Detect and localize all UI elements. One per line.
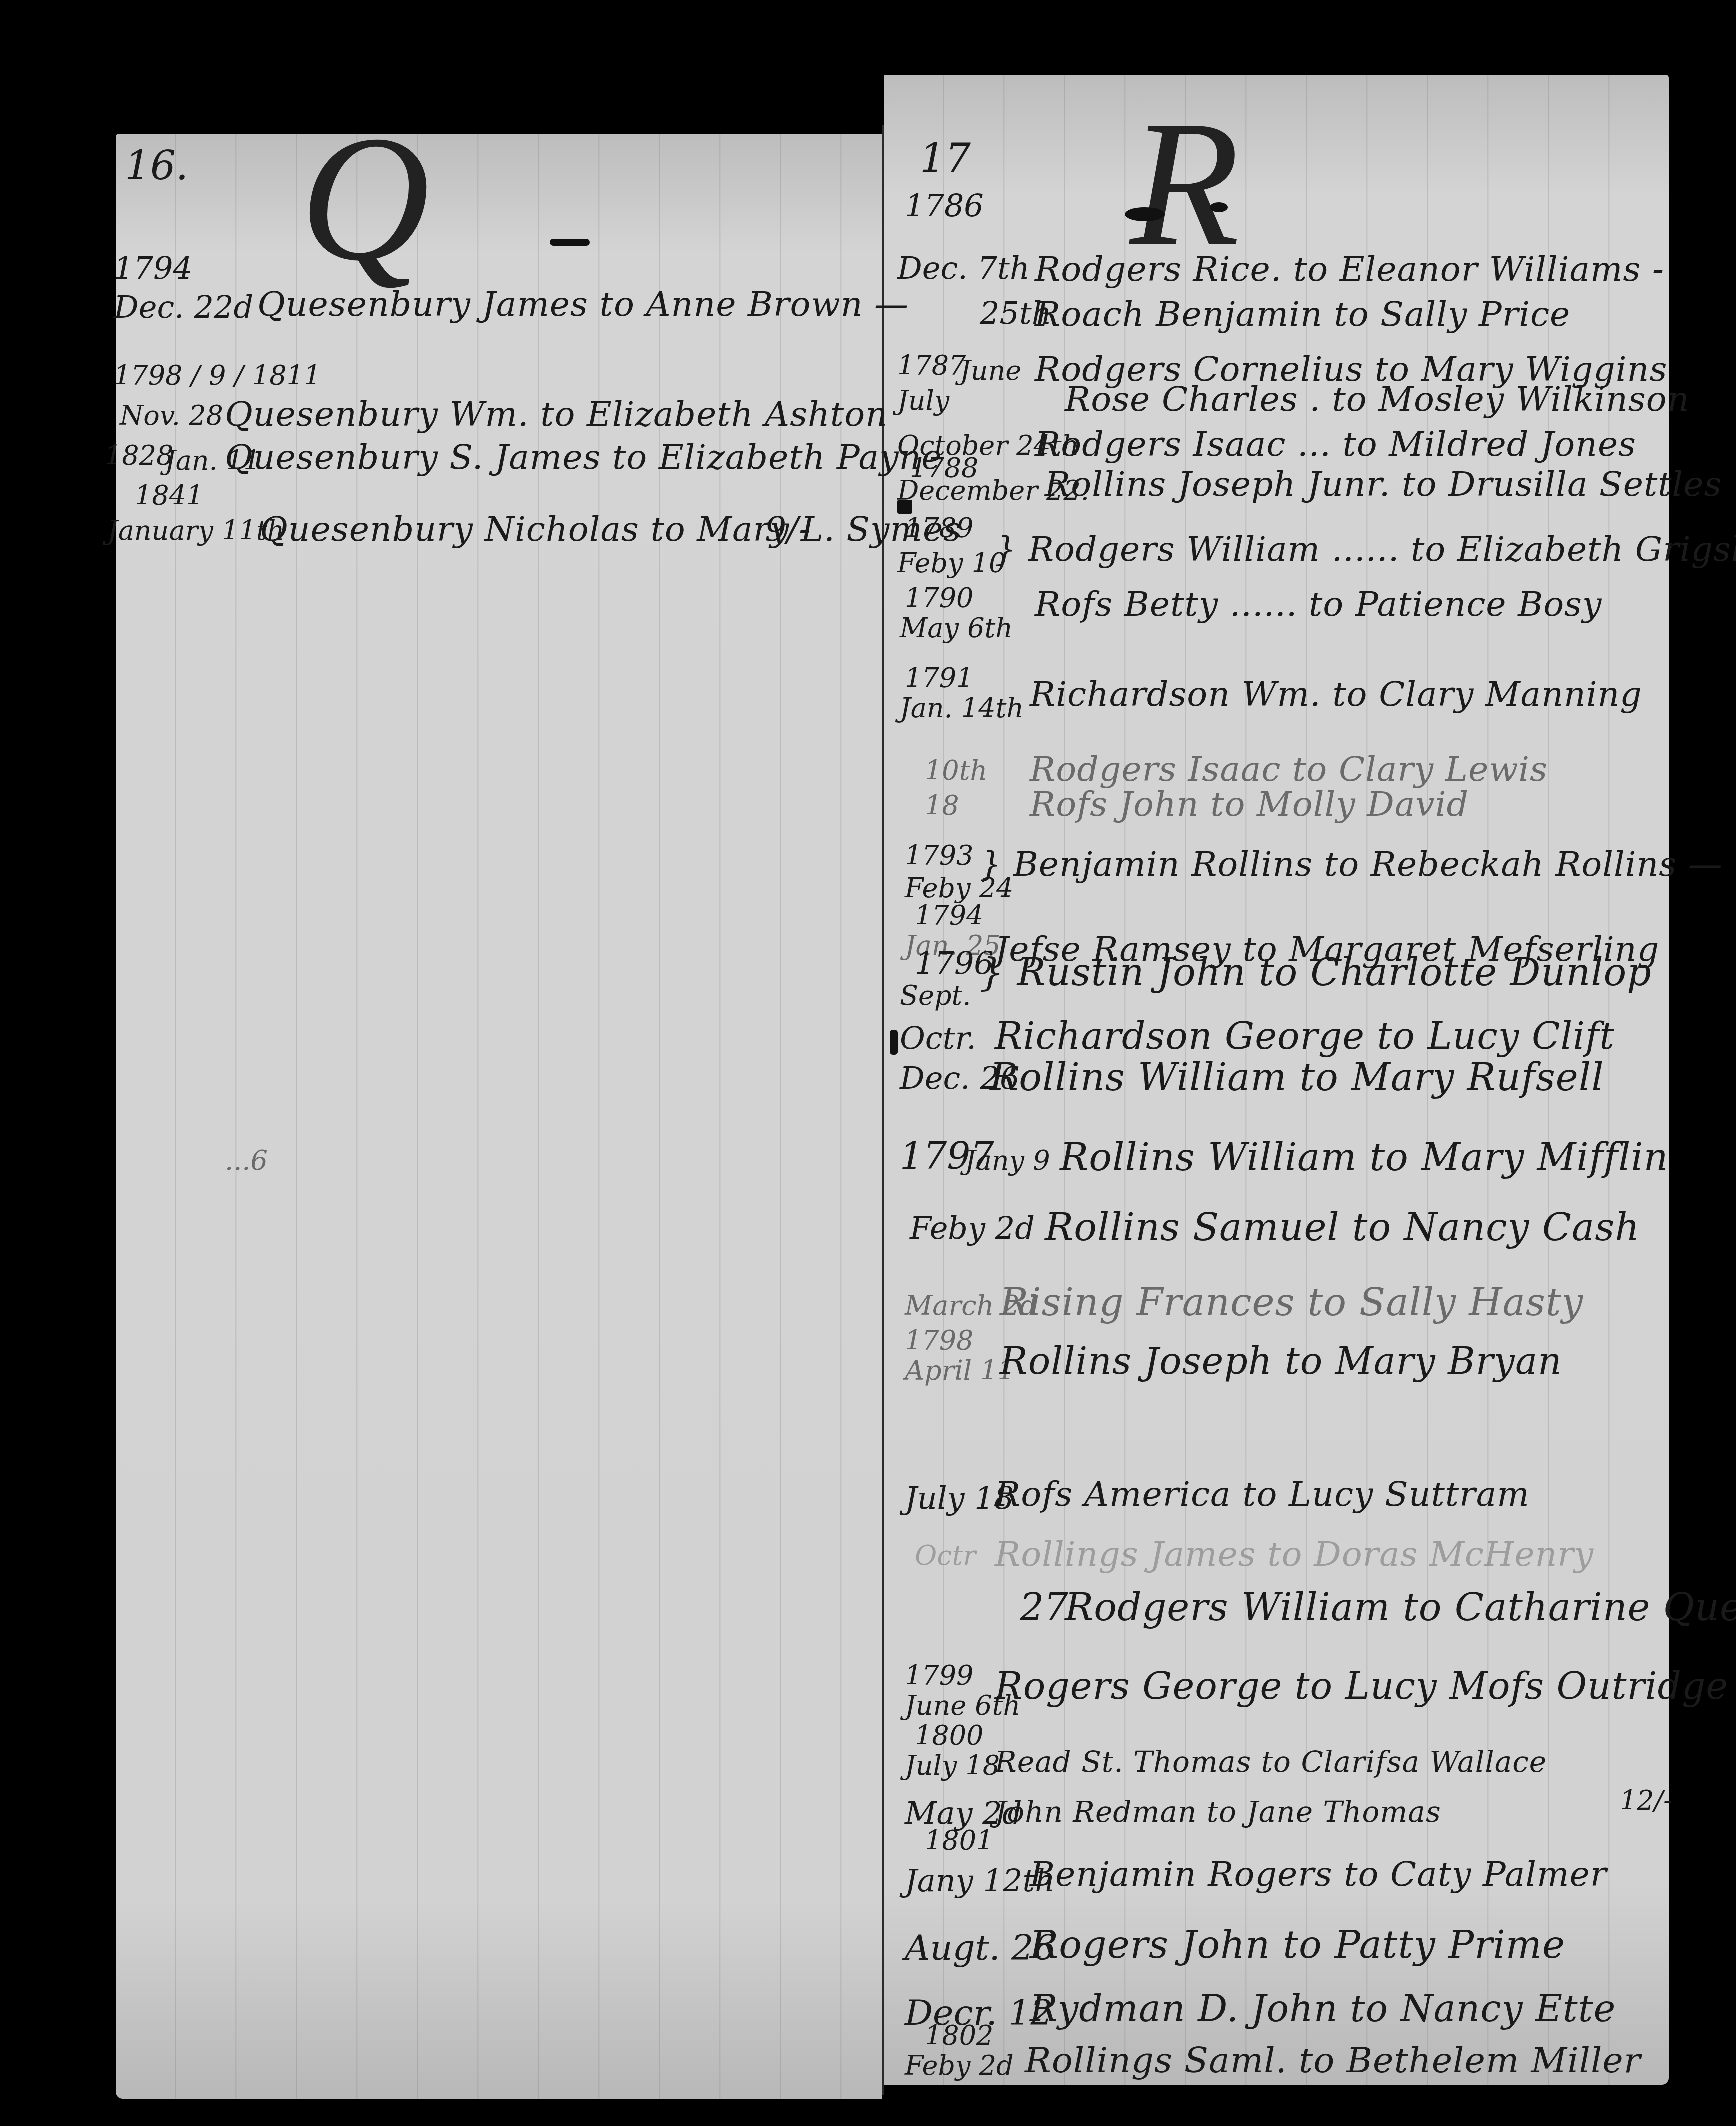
entry-text: Rollins Joseph Junr. to Drusilla Settles	[1045, 465, 1722, 504]
entry-text: Rofs Betty ...... to Patience Bosy	[1035, 585, 1602, 624]
entry-date: 10th	[925, 755, 987, 786]
entry-year: 1798	[905, 1325, 973, 1356]
entry-text: Rodgers William to Catharine Quesenbury	[1065, 1585, 1736, 1629]
entry-text: Read St. Thomas to Clarifsa Wallace	[995, 1745, 1547, 1779]
entry-text: Benjamin Rogers to Caty Palmer	[1030, 1855, 1607, 1894]
entry-text: Rollins Joseph to Mary Bryan	[1000, 1340, 1562, 1383]
entry-text: Rodgers Isaac ... to Mildred Jones	[1035, 425, 1636, 464]
entry-date: Octr	[915, 1540, 976, 1571]
entry-date: July	[897, 385, 949, 416]
entry-year: 1800	[915, 1720, 983, 1751]
entry-text: Rollings James to Doras McHenry	[995, 1535, 1594, 1574]
entry-text: Rofs John to Molly David	[1030, 785, 1469, 824]
entry-year: 1802	[925, 2020, 993, 2051]
right-page-number: 17	[920, 135, 971, 181]
ink-blot	[1125, 207, 1165, 221]
entry-text: Rogers George to Lucy Mofs Outridge	[995, 1665, 1728, 1708]
entry-date: January 11th	[107, 515, 284, 546]
entry-date: Jan. 14th	[900, 692, 1024, 724]
entry-text: Rogers John to Patty Prime	[1030, 1922, 1565, 1967]
entry-date: Dec. 7th	[897, 250, 1030, 286]
entry-text: Rofs America to Lucy Suttram	[995, 1475, 1530, 1514]
left-page-number: 16.	[125, 142, 188, 189]
entry-text: Rydman D. John to Nancy Ette	[1030, 1987, 1616, 2030]
entry-year: 1828	[105, 440, 173, 471]
entry-text: John Redman to Jane Thomas	[995, 1795, 1441, 1829]
entry-text: Richardson George to Lucy Clift	[995, 1015, 1615, 1058]
entry-text: Quesenbury Nicholas to Mary L. Symes	[260, 510, 961, 549]
entry-text: Rodgers Rice. to Eleanor Williams -	[1035, 250, 1664, 289]
entry-text: Rollins Samuel to Nancy Cash	[1045, 1205, 1640, 1249]
entry-date: May 6th	[900, 612, 1013, 644]
entry-text: Rose Charles . to Mosley Wilkinson	[1065, 380, 1689, 419]
entry-year: 1787	[897, 350, 966, 381]
entry-text: Quesenbury S. James to Elizabeth Payne	[225, 438, 942, 477]
entry-text: Rising Frances to Sally Hasty	[1000, 1280, 1583, 1324]
ink-blot	[1210, 202, 1228, 212]
ink-blot	[550, 239, 590, 246]
right-top-year: 1786	[905, 187, 984, 224]
entry-year: 1789	[905, 512, 973, 544]
entry-date: Sept.	[900, 980, 971, 1011]
entry-date: Dec. 22d	[114, 289, 253, 325]
entry-text: Rodgers Isaac to Clary Lewis	[1030, 750, 1548, 789]
entry-date: June	[960, 355, 1021, 386]
entry-date: Nov. 28	[120, 400, 223, 431]
fee-note: 9/-	[765, 510, 811, 549]
margin-note: 12/-	[1620, 1785, 1672, 1816]
entry-text: Quesenbury James to Anne Brown —	[257, 285, 909, 324]
entry-year: 1798 / 9 / 1811	[114, 360, 321, 391]
entry-date: 27	[1020, 1585, 1068, 1629]
entry-year: 1791	[905, 662, 973, 694]
left-index-letter: Q	[300, 95, 430, 302]
entry-text: } Benjamin Rollins to Rebeckah Rollins —	[980, 845, 1723, 884]
entry-text: Roach Benjamin to Sally Price	[1035, 295, 1570, 334]
ink-blot	[890, 1030, 898, 1055]
entry-date: Octr.	[900, 1020, 976, 1056]
entry-text: Richardson Wm. to Clary Manning	[1030, 675, 1642, 714]
entry-text: } Rustin John to Charlotte Dunlop	[980, 950, 1652, 994]
entry-date: July 18	[905, 1750, 1000, 1781]
entry-year: 1790	[905, 582, 973, 614]
entry-year: 1799	[905, 1660, 973, 1691]
entry-text: } Rodgers William ...... to Elizabeth Gr…	[995, 530, 1736, 569]
entry-year: 1794	[114, 250, 193, 286]
entry-date: Jany 9	[965, 1145, 1050, 1176]
entry-year: 1793	[905, 840, 973, 871]
entry-date: Feby 2d	[905, 2050, 1014, 2081]
entry-date: Feby 2d	[910, 1210, 1035, 1246]
entry-text: Rollings Saml. to Bethelem Miller	[1025, 2040, 1641, 2081]
entry-year: 1801	[925, 1825, 993, 1856]
entry-year: 1794	[915, 900, 983, 931]
entry-text: Rollins William to Mary Mifflin	[1060, 1135, 1669, 1179]
entry-text: Rollins William to Mary Rufsell	[990, 1055, 1604, 1099]
entry-date: April 11	[905, 1355, 1015, 1386]
ink-blot	[897, 500, 912, 514]
entry-date: 18	[925, 790, 959, 821]
stray-marks: ...6	[225, 1145, 268, 1176]
entry-year: 1841	[135, 480, 203, 511]
entry-date: Feby 10	[897, 547, 1006, 579]
entry-text: Quesenbury Wm. to Elizabeth Ashton	[225, 395, 888, 434]
